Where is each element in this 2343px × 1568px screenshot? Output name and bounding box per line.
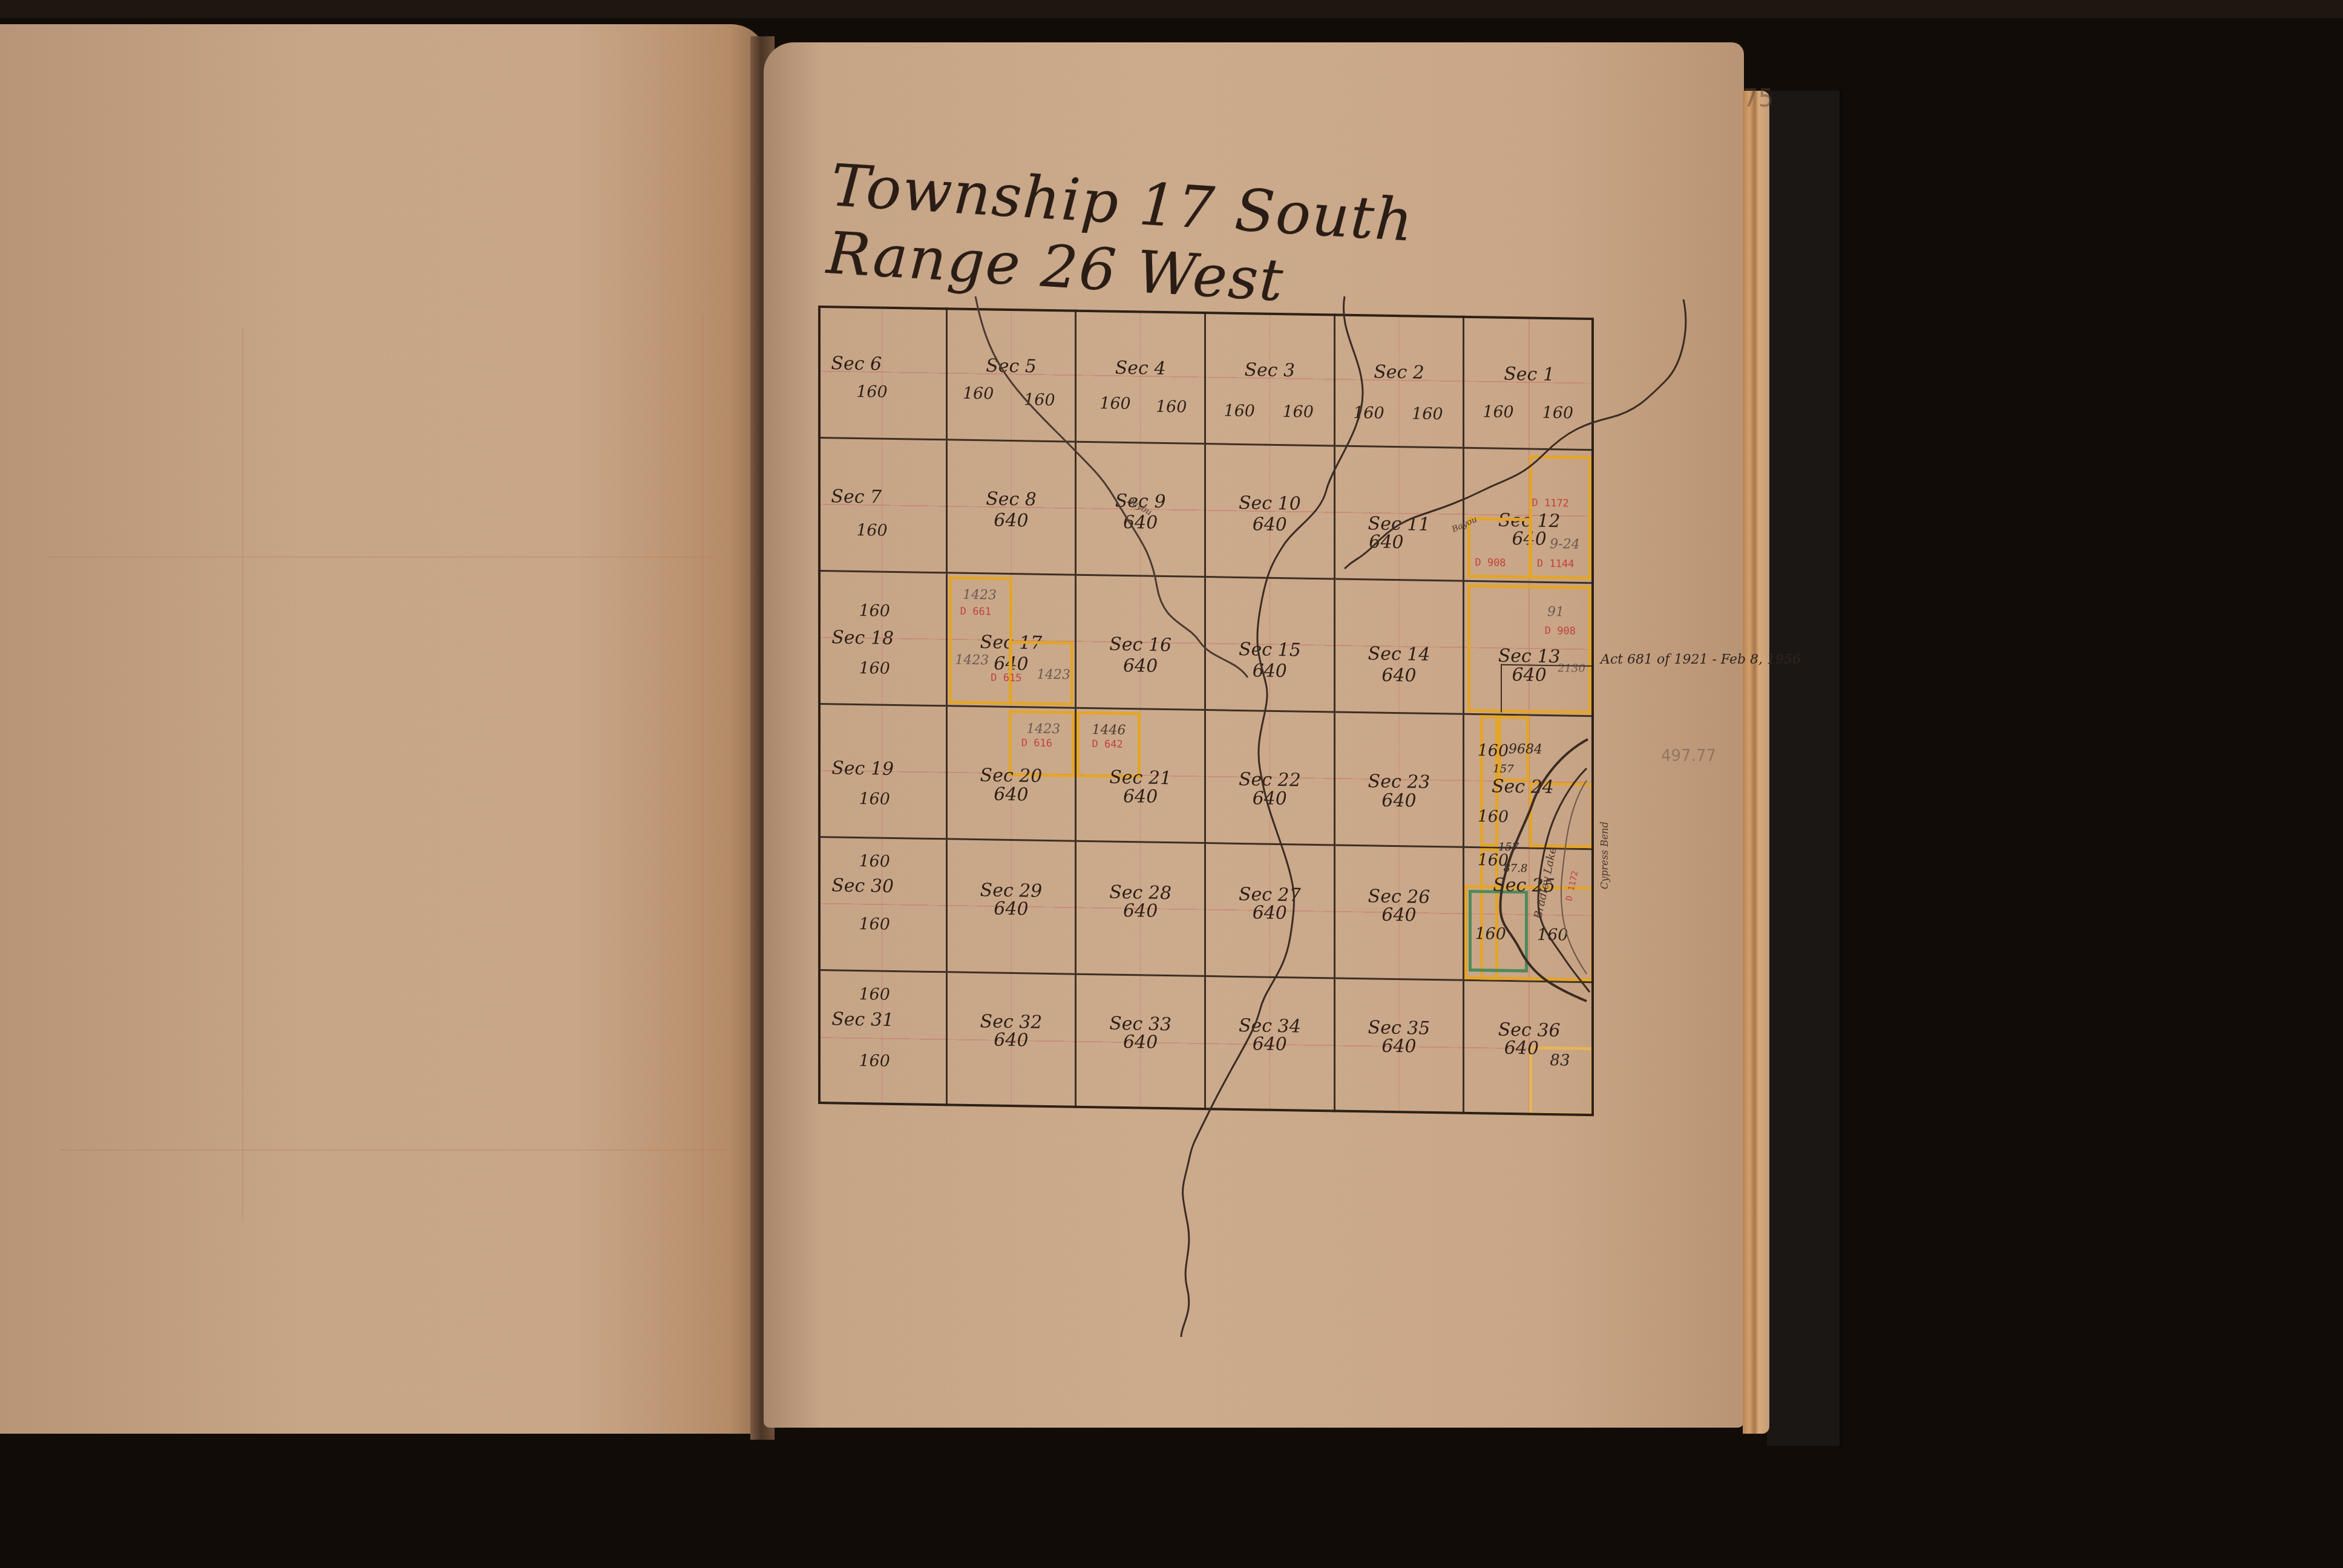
left-page-blank bbox=[0, 24, 767, 1434]
margin-note-act: Act 681 of 1921 - Feb 8, 1956 bbox=[1601, 652, 1801, 667]
faint-ruled-line bbox=[242, 327, 243, 1222]
book-cover-edge bbox=[1767, 91, 1843, 1446]
faint-ruled-line bbox=[48, 557, 714, 558]
margin-note-pencil-total: 497.77 bbox=[1661, 747, 1716, 765]
page-number-pencil: 75 bbox=[1743, 85, 1774, 113]
plat-border bbox=[818, 305, 1594, 1116]
page-block-edges bbox=[1743, 91, 1769, 1434]
background-desk bbox=[0, 0, 2343, 18]
faint-ruled-line bbox=[61, 1149, 726, 1151]
township-plat: Sec 6 160 Sec 5 160 160 Sec 4 160 160 Se… bbox=[818, 305, 1594, 1116]
faint-ruled-line bbox=[702, 315, 703, 1222]
